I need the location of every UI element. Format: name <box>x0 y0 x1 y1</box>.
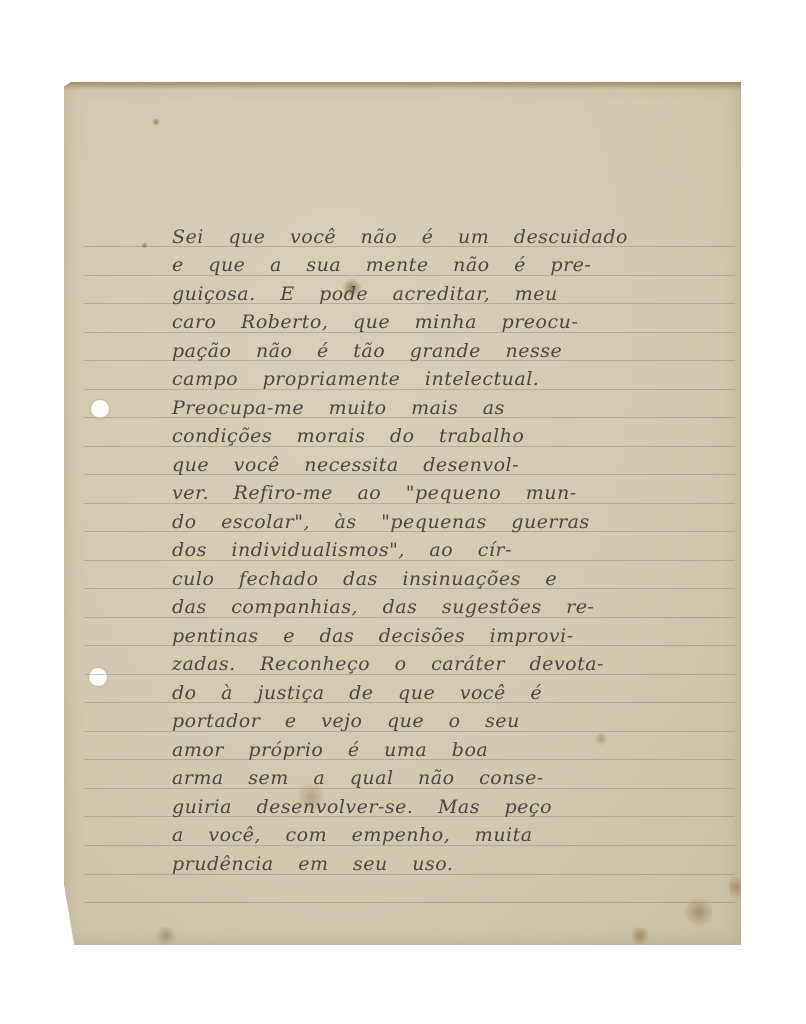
stain-spot <box>629 927 651 945</box>
text-line: ver. Refiro-me ao "pequeno mun- <box>172 482 737 504</box>
text-line: Sei que você não é um descuidado <box>172 226 737 248</box>
text-line: zadas. Reconheço o caráter devota- <box>172 653 737 675</box>
punch-hole-top <box>91 400 109 418</box>
text-line: dos individualismos", ao cír- <box>172 539 737 561</box>
text-line: do à justiça de que você é <box>172 682 737 704</box>
text-line: guiria desenvolver-se. Mas peço <box>172 796 737 818</box>
text-line: culo fechado das insinuações e <box>172 568 737 590</box>
text-line: caro Roberto, que minha preocu- <box>172 311 737 333</box>
letter-page: Sei que você não é um descuidado e que a… <box>64 82 741 945</box>
text-line: prudência em seu uso. <box>172 853 737 875</box>
text-line: que você necessita desenvol- <box>172 454 737 476</box>
text-line: das companhias, das sugestões re- <box>172 596 737 618</box>
text-line: e que a sua mente não é pre- <box>172 254 737 276</box>
punch-hole-bottom <box>89 668 107 686</box>
text-line: Preocupa-me muito mais as <box>172 397 737 419</box>
text-line: a você, com empenho, muita <box>172 824 737 846</box>
text-line: pentinas e das decisões improvi- <box>172 625 737 647</box>
text-line: guiçosa. E pode acreditar, meu <box>172 283 737 305</box>
text-line: amor próprio é uma boa <box>172 739 737 761</box>
text-line: pação não é tão grande nesse <box>172 340 737 362</box>
text-line: do escolar", às "pequenas guerras <box>172 511 737 533</box>
paper-top-edge-stain <box>64 82 741 90</box>
text-line: condições morais do trabalho <box>172 425 737 447</box>
text-line: arma sem a qual não conse- <box>172 767 737 789</box>
stain-spot <box>152 118 160 126</box>
text-line: campo propriamente intelectual. <box>172 368 737 390</box>
stain-spot <box>154 927 178 945</box>
text-line: portador e vejo que o seu <box>172 710 737 732</box>
stain-spot <box>729 872 743 902</box>
